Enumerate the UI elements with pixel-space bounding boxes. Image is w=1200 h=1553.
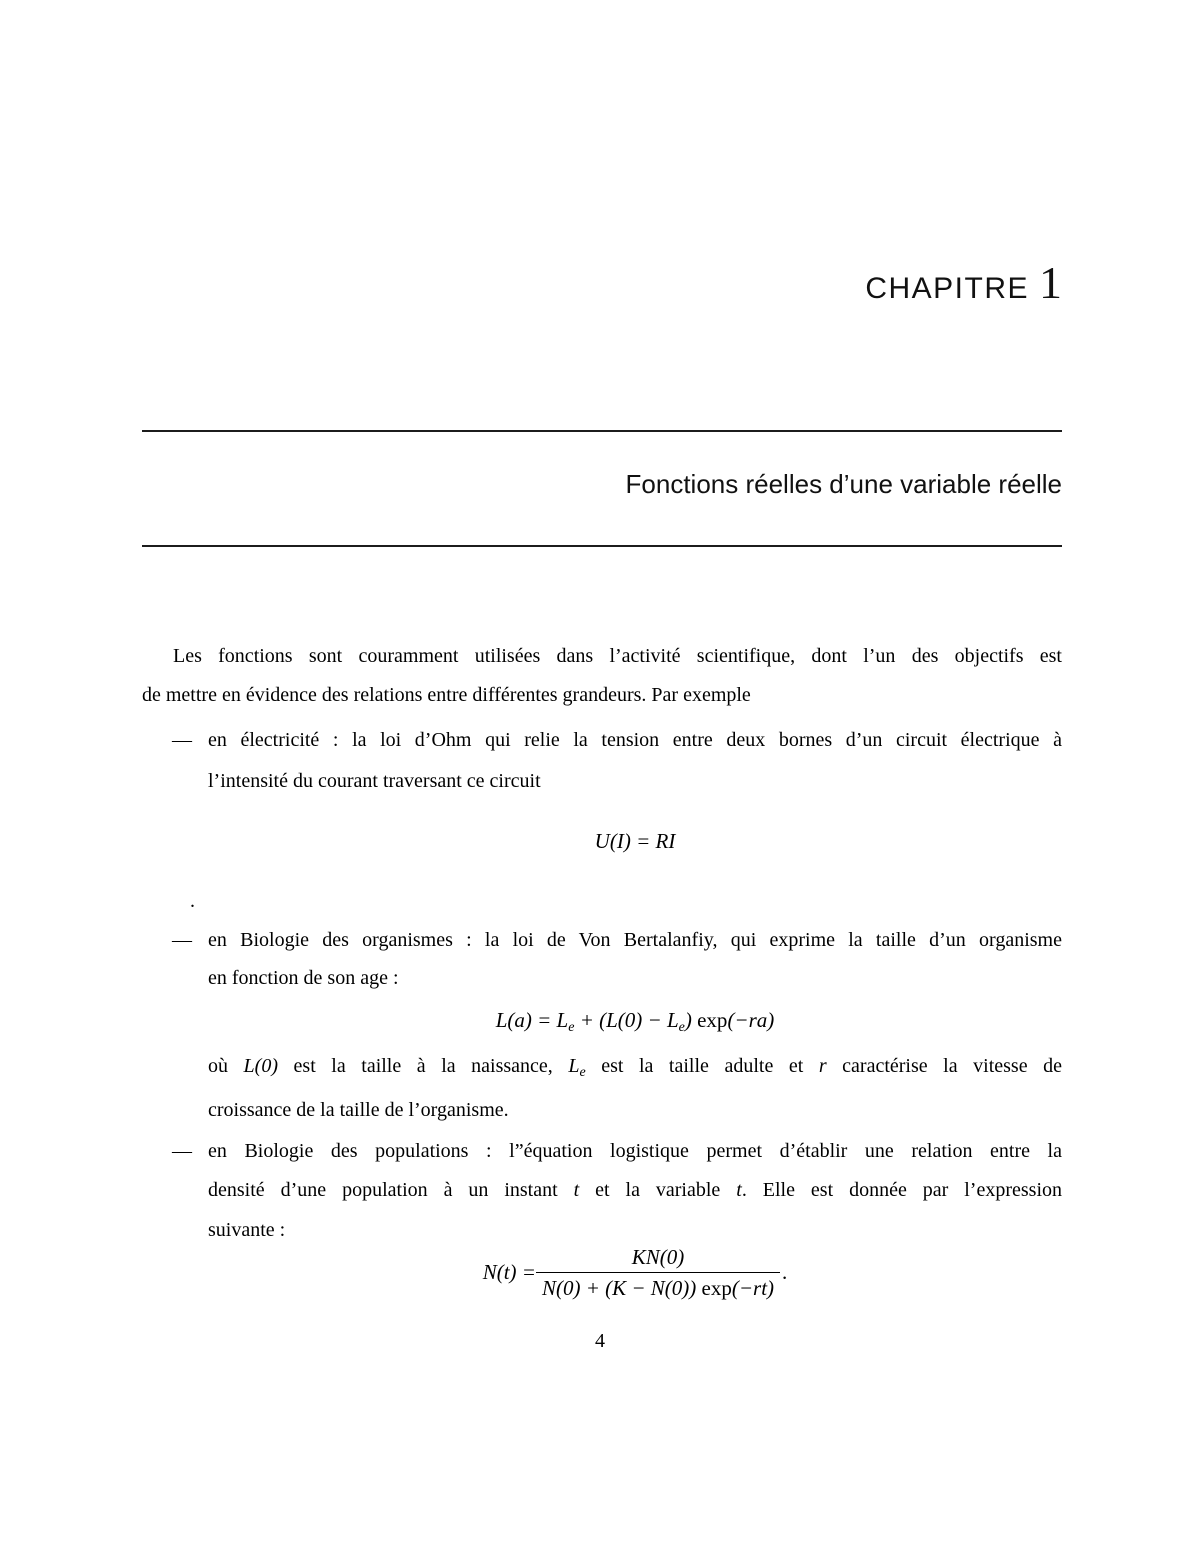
fraction-den-b: (−rt) [732,1276,774,1300]
chapter-label: CHAPITRE [865,272,1029,305]
expl-text-b: est la taille à la naissance, [278,1055,568,1077]
expl-text-c: est la taille adulte et [586,1055,819,1077]
heading-rule-bottom [142,545,1062,547]
equation-logistic: N(t) = KN(0) N(0) + (K − N(0)) exp(−rt) … [208,1244,1062,1301]
chapter-title: Fonctions réelles d’une variable réelle [142,467,1062,501]
item3-line-3: suivante : [142,1213,1062,1247]
equation-logistic-row: N(t) = KN(0) N(0) + (K − N(0)) exp(−rt) … [483,1244,788,1301]
eq-bertalanffy-exp: exp [697,1008,727,1032]
item1-line-1: en électricité : la loi d’Ohm qui relie … [142,723,1062,757]
fraction-den-a: N(0) + (K − N(0)) [542,1276,702,1300]
item3-text-b: et la variable [579,1179,736,1201]
item3-line-2: densité d’une population à un instant t … [142,1173,1062,1207]
document-page: CHAPITRE1 Fonctions réelles d’une variab… [0,0,1200,1553]
expl-math-r: r [819,1055,827,1077]
expl-math-L0: L(0) [244,1055,278,1077]
item3-line-1: en Biologie des populations : l”équation… [142,1134,1062,1168]
chapter-number: 1 [1039,257,1062,308]
fraction: KN(0) N(0) + (K − N(0)) exp(−rt) [536,1244,780,1301]
expl-text-d: caractérise la vitesse de [827,1055,1062,1077]
item2-expl-line-1: où L(0) est la taille à la naissance, Le… [142,1049,1062,1083]
orphan-period: . [190,884,210,918]
page-number: 4 [0,1324,1200,1358]
eq-bertalanffy-p1: L(a) = L [496,1008,569,1032]
equation-ohm: U(I) = RI [208,824,1062,858]
eq-bertalanffy-p4: (−ra) [727,1008,774,1032]
fraction-numerator: KN(0) [536,1244,780,1272]
expl-math-L: L [568,1055,579,1077]
eq-bertalanffy-p2: + (L(0) − L [574,1008,678,1032]
item3-text-a: densité d’une population à un instant [208,1179,574,1201]
fraction-denominator: N(0) + (K − N(0)) exp(−rt) [536,1272,780,1301]
chapter-heading: CHAPITRE1 [142,256,1062,309]
item2-expl-line-2: croissance de la taille de l’organisme. [142,1093,1062,1127]
fraction-den-exp: exp [702,1276,732,1300]
intro-line-1: Les fonctions sont couramment utilisées … [142,639,1062,673]
intro-line-2: de mettre en évidence des relations entr… [142,678,1062,712]
item1-line-2: l’intensité du courant traversant ce cir… [142,764,1062,798]
eq-logistic-lhs: N(t) = [483,1260,536,1285]
heading-rule-top [142,430,1062,432]
equation-period: . [782,1260,787,1285]
eq-bertalanffy-p3: ) [685,1008,697,1032]
expl-text-a: où [208,1055,244,1077]
equation-bertalanffy: L(a) = Le + (L(0) − Le) exp(−ra) [208,1003,1062,1045]
item2-line-1: en Biologie des organismes : la loi de V… [142,923,1062,957]
item2-line-2: en fonction de son age : [142,961,1062,995]
equation-ohm-text: U(I) = RI [595,829,676,853]
item3-text-c: . Elle est donnée par l’expression [742,1179,1062,1201]
